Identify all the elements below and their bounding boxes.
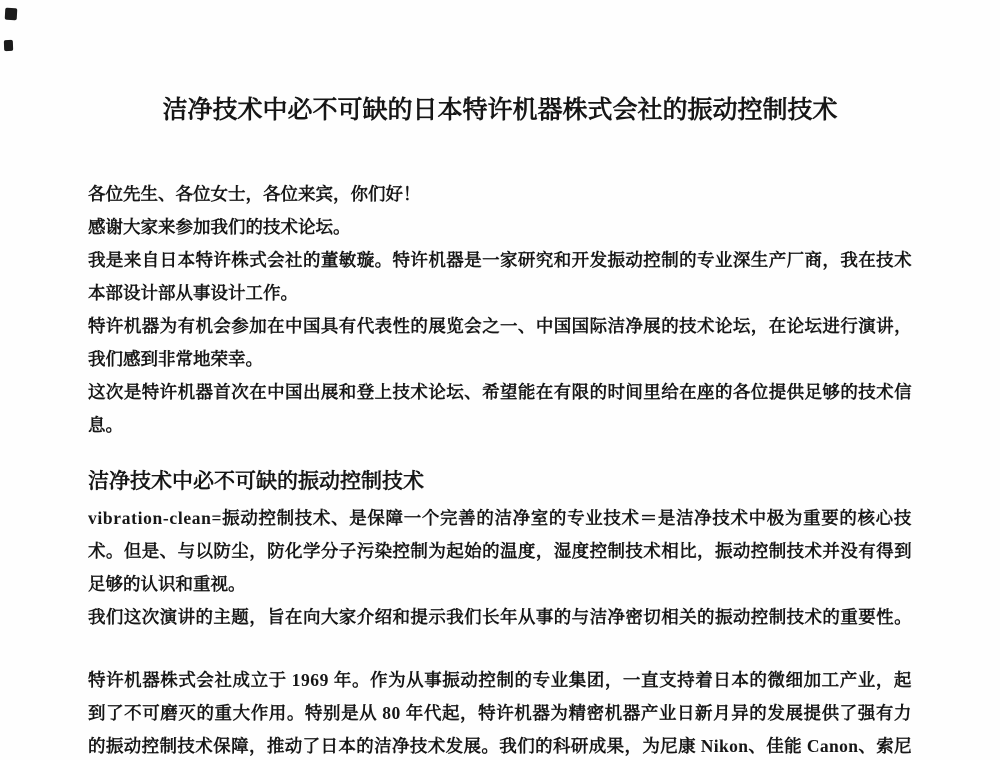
section-heading: 洁净技术中必不可缺的振动控制技术 (88, 469, 424, 495)
text-line: 我们这次演讲的主题，旨在向大家介绍和提示我们长年从事的与洁净密切相关的振动控制技… (88, 601, 912, 634)
document-title: 洁净技术中必不可缺的日本特许机器株式会社的振动控制技术 (0, 95, 1000, 125)
text-line: 各位先生、各位女士，各位来宾，你们好！ (88, 178, 912, 211)
text-line: 感谢大家来参加我们的技术论坛。 (88, 211, 912, 244)
scanned-document-page: 洁净技术中必不可缺的日本特许机器株式会社的振动控制技术 各位先生、各位女士，各位… (0, 0, 1000, 760)
scan-artifact-mark (5, 8, 18, 21)
text-line: 我们感到非常地荣幸。 (88, 343, 912, 376)
text-line: 足够的认识和重视。 (88, 568, 912, 601)
section-paragraphs: vibration-clean=振动控制技术、是保障一个完善的洁净室的专业技术＝… (88, 502, 912, 634)
scan-artifact-mark (4, 40, 13, 51)
text-line: 的振动控制技术保障，推动了日本的洁净技术发展。我们的科研成果，为尼康 Nikon… (88, 730, 912, 760)
text-line: 特许机器为有机会参加在中国具有代表性的展览会之一、中国国际洁净展的技术论坛，在论… (88, 310, 912, 343)
text-line: 到了不可磨灭的重大作用。特别是从 80 年代起，特许机器为精密机器产业日新月异的… (88, 697, 912, 730)
text-line: 息。 (88, 409, 912, 442)
text-line: 术。但是、与以防尘，防化学分子污染控制为起始的温度，湿度控制技术相比，振动控制技… (88, 535, 912, 568)
text-line: 我是来自日本特许株式会社的董敏璇。特许机器是一家研究和开发振动控制的专业深生产厂… (88, 244, 912, 277)
text-line: 特许机器株式会社成立于 1969 年。作为从事振动控制的专业集团，一直支持着日本… (88, 664, 912, 697)
history-paragraph: 特许机器株式会社成立于 1969 年。作为从事振动控制的专业集团，一直支持着日本… (88, 664, 912, 760)
text-line: vibration-clean=振动控制技术、是保障一个完善的洁净室的专业技术＝… (88, 502, 912, 535)
text-line: 这次是特许机器首次在中国出展和登上技术论坛、希望能在有限的时间里给在座的各位提供… (88, 376, 912, 409)
text-line: 本部设计部从事设计工作。 (88, 277, 912, 310)
intro-paragraphs: 各位先生、各位女士，各位来宾，你们好！ 感谢大家来参加我们的技术论坛。 我是来自… (88, 178, 912, 442)
